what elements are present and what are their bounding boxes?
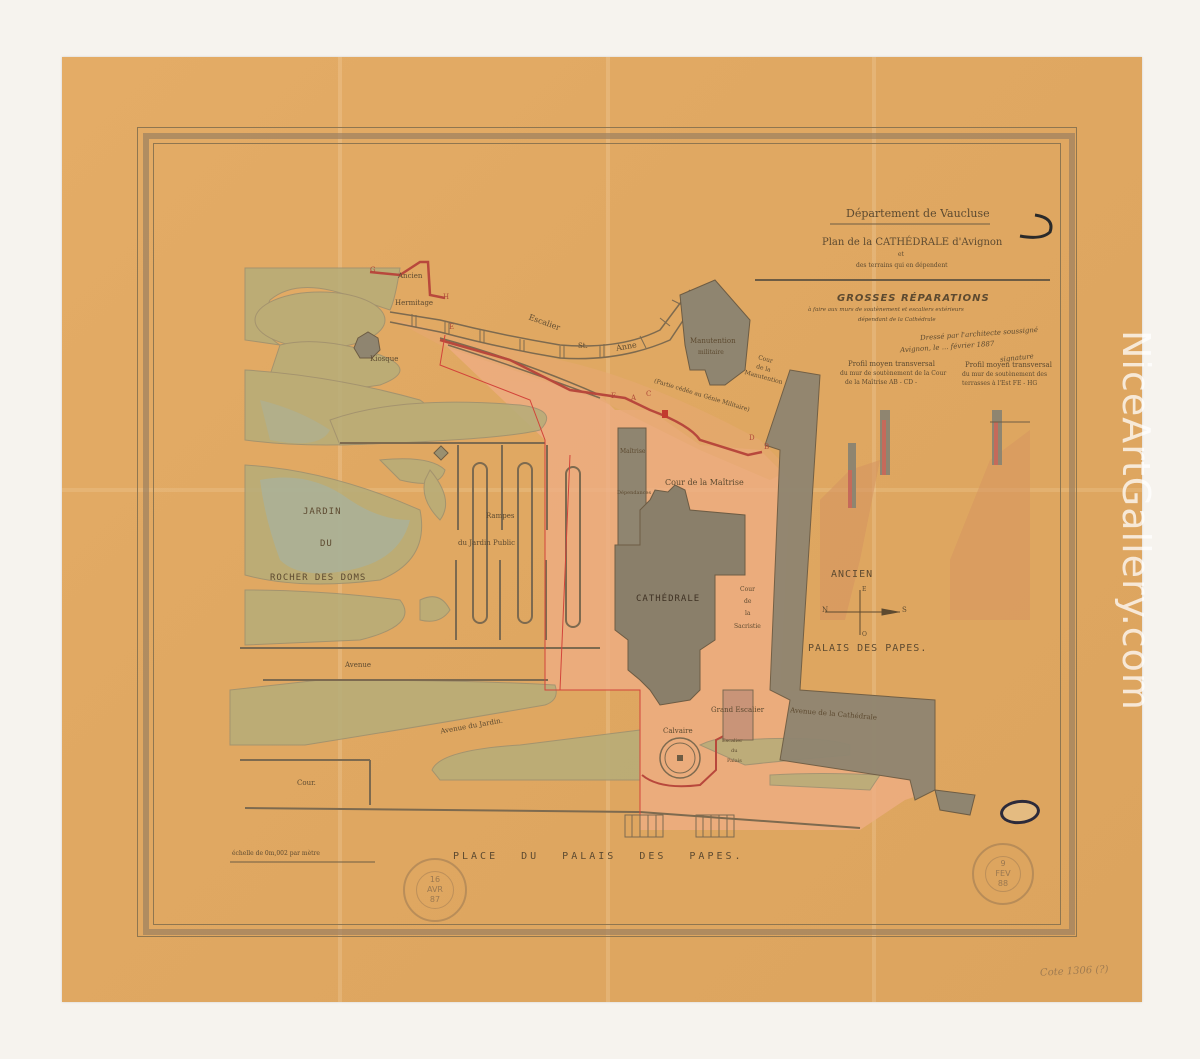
label-cour-sacristie-2: de xyxy=(744,598,751,605)
plan-title: Plan de la CATHÉDRALE d'Avignon xyxy=(822,237,1002,248)
profile-left-line2: du mur de soutènement de la Cour xyxy=(840,370,946,377)
profile-right-line1: Profil moyen transversal xyxy=(965,361,1052,369)
label-rocher-des-doms: ROCHER DES DOMS xyxy=(270,573,366,583)
compass-east: E xyxy=(862,586,866,593)
point-a: A xyxy=(631,394,636,402)
stamp-year: 88 xyxy=(998,879,1008,889)
plan-subtitle: des terrains qui en dépendent xyxy=(856,262,948,269)
label-grand-escalier: Grand Escalier xyxy=(711,706,764,714)
section-subtitle-2: dépendant de la Cathédrale xyxy=(858,317,936,323)
label-maitrise: Maîtrise xyxy=(620,448,645,455)
point-f: F xyxy=(611,392,616,400)
stamp-month: AVR xyxy=(427,885,443,895)
stamp-day: 16 xyxy=(430,875,440,885)
label-du-jardin-public: du Jardin Public xyxy=(458,539,515,547)
point-b: B xyxy=(764,443,769,451)
label-ancien: Ancien xyxy=(398,272,422,280)
label-place-du-palais: PLACE DU PALAIS DES PAPES. xyxy=(453,851,744,862)
label-kiosque: Kiosque xyxy=(370,355,398,363)
compass-west: O xyxy=(862,631,867,638)
date-stamp-left: 16 AVR 87 xyxy=(403,858,467,922)
profile-sections xyxy=(820,410,1030,620)
label-cour-sacristie-1: Cour xyxy=(740,586,755,593)
label-militaire: militaire xyxy=(698,349,724,356)
label-cour-maitrise: Cour de la Maîtrise xyxy=(665,478,744,487)
label-du: DU xyxy=(320,539,333,549)
profile-right-line2: du mur de soutènement des xyxy=(962,371,1047,378)
label-manutention: Manutention xyxy=(690,337,736,345)
point-d: D xyxy=(749,434,755,442)
profile-right-line3: terrasses à l'Est FE - HG xyxy=(962,380,1037,387)
date-stamp-right: 9 FEV 88 xyxy=(972,843,1034,905)
scale-label: échelle de 0m,002 par mètre xyxy=(232,850,320,857)
profile-left-line1: Profil moyen transversal xyxy=(848,360,935,368)
label-cour: Cour. xyxy=(297,779,316,787)
label-ancien-palais: ANCIEN xyxy=(831,569,873,580)
label-dependances: Dépendances xyxy=(617,490,651,496)
point-e: E xyxy=(449,323,454,331)
label-jardin: JARDIN xyxy=(303,507,342,517)
label-cour-sacristie-4: Sacristie xyxy=(734,623,761,630)
department-label: Département de Vaucluse xyxy=(846,207,990,220)
manutention-building xyxy=(680,280,750,385)
label-rampes: Rampes xyxy=(486,512,514,520)
profile-left-line3: de la Maîtrise AB - CD - xyxy=(845,379,917,386)
label-escalier-palais-3: Palais xyxy=(727,758,742,764)
stamp-month: FEV xyxy=(995,869,1010,879)
label-palais-des-papes: PALAIS DES PAPES. xyxy=(808,643,927,654)
grand-escalier xyxy=(723,690,753,740)
label-escalier-palais-1: Escalier xyxy=(722,738,743,744)
stamp-year: 87 xyxy=(430,895,440,905)
section-title: GROSSES RÉPARATIONS xyxy=(837,293,990,304)
compass-north: N xyxy=(822,606,828,614)
label-st: St. xyxy=(578,342,588,350)
point-c: C xyxy=(646,390,651,398)
compass-south: S xyxy=(902,606,907,614)
title-conjunction: et xyxy=(898,251,904,258)
section-subtitle-1: à faire aux murs de soutènement et escal… xyxy=(808,307,964,313)
label-calvaire: Calvaire xyxy=(663,727,693,735)
cathedral-site-plan xyxy=(0,0,1200,1059)
label-cathedrale: CATHÉDRALE xyxy=(636,594,700,604)
point-g: G xyxy=(370,266,376,274)
label-hermitage: Hermitage xyxy=(395,299,433,307)
label-escalier-palais-2: du xyxy=(731,748,737,754)
label-cour-sacristie-3: la xyxy=(745,610,751,617)
point-h: H xyxy=(443,293,449,301)
stamp-day: 9 xyxy=(1000,859,1005,869)
watermark: NiceArtGallery.com xyxy=(1118,330,1158,730)
label-avenue: Avenue xyxy=(345,661,371,669)
